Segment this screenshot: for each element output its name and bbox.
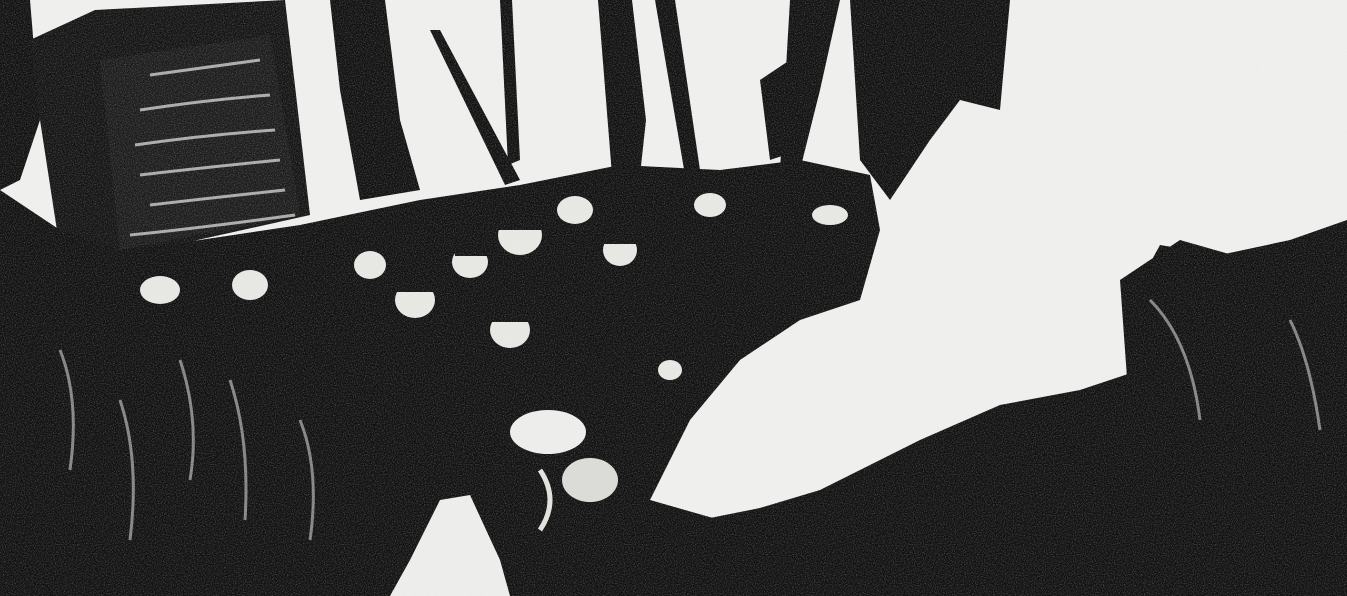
halftone-grain — [0, 0, 1347, 596]
crowd-photograph: High-contrast black-and-white halftone p… — [0, 0, 1347, 596]
halftone-scene — [0, 0, 1347, 596]
